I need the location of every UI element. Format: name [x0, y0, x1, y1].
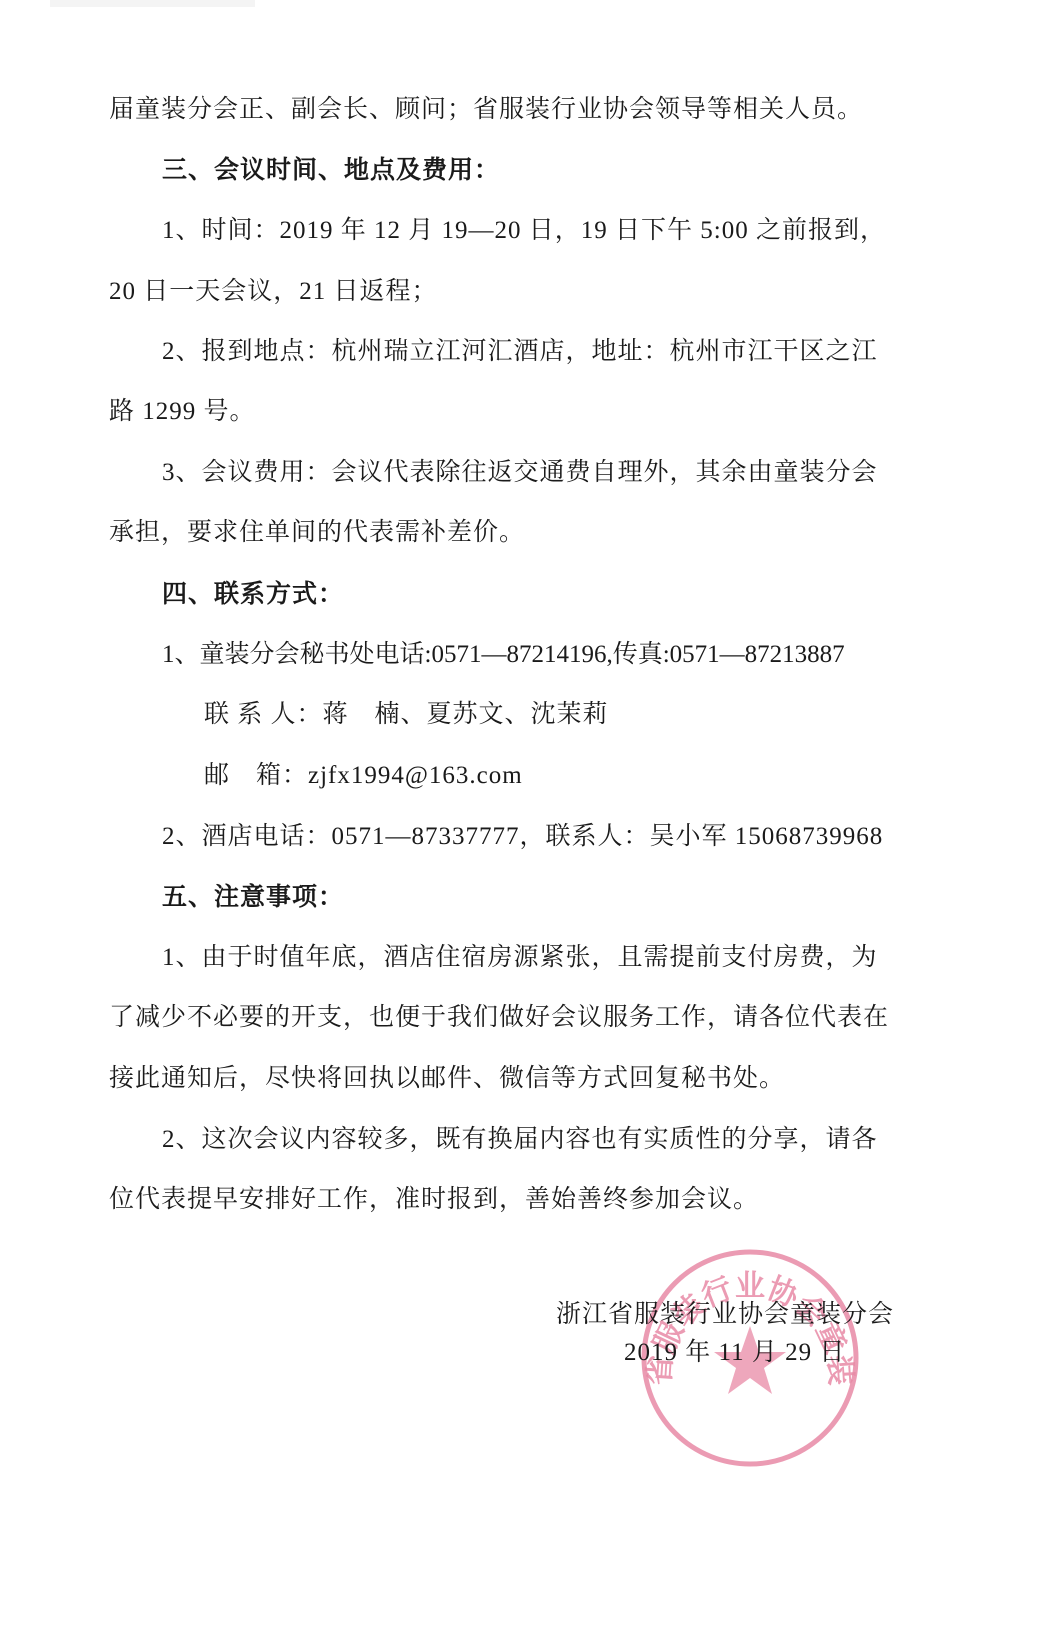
- section-5-item-1-line-3: 接此通知后，尽快将回执以邮件、微信等方式回复秘书处。: [109, 1064, 785, 1094]
- signature-organization: 浙江省服装行业协会童装分会: [556, 1299, 894, 1329]
- section-3-heading: 三、会议时间、地点及费用：: [162, 155, 500, 185]
- top-edge-shade: [50, 0, 255, 7]
- section-3-item-1-line-1: 1、时间：2019 年 12 月 19—20 日，19 日下午 5:00 之前报…: [162, 216, 886, 246]
- section-4-email: 邮 箱：zjfx1994@163.com: [204, 761, 523, 791]
- intro-tail-text: 届童装分会正、副会长、顾问；省服装行业协会领导等相关人员。: [109, 94, 863, 124]
- section-4-heading: 四、联系方式：: [162, 579, 344, 609]
- section-3-item-2-line-2: 路 1299 号。: [109, 397, 256, 427]
- section-3-item-2-line-1: 2、报到地点：杭州瑞立江河汇酒店，地址：杭州市江干区之江: [162, 337, 878, 367]
- section-5-heading: 五、注意事项：: [162, 882, 344, 912]
- section-3-item-3-line-2: 承担，要求住单间的代表需补差价。: [109, 518, 525, 548]
- section-3-item-3-line-1: 3、会议费用：会议代表除往返交通费自理外，其余由童装分会: [162, 458, 878, 488]
- section-4-secretariat-phone: 1、童装分会秘书处电话:0571—87214196,传真:0571—872138…: [162, 640, 845, 670]
- signature-date: 2019 年 11 月 29 日: [624, 1338, 845, 1368]
- section-5-item-2-line-2: 位代表提早安排好工作，准时报到，善始善终参加会议。: [109, 1185, 759, 1215]
- section-5-item-2-line-1: 2、这次会议内容较多，既有换届内容也有实质性的分享，请各: [162, 1125, 878, 1155]
- section-5-item-1-line-1: 1、由于时值年底，酒店住宿房源紧张，且需提前支付房费，为: [162, 943, 878, 973]
- section-4-hotel-phone: 2、酒店电话：0571—87337777，联系人：吴小军 15068739968: [162, 822, 883, 852]
- section-5-item-1-line-2: 了减少不必要的开支，也便于我们做好会议服务工作，请各位代表在: [109, 1003, 889, 1033]
- section-4-contacts: 联 系 人：蒋 楠、夏苏文、沈茉莉: [204, 700, 609, 730]
- section-3-item-1-line-2: 20 日一天会议，21 日返程；: [109, 277, 438, 307]
